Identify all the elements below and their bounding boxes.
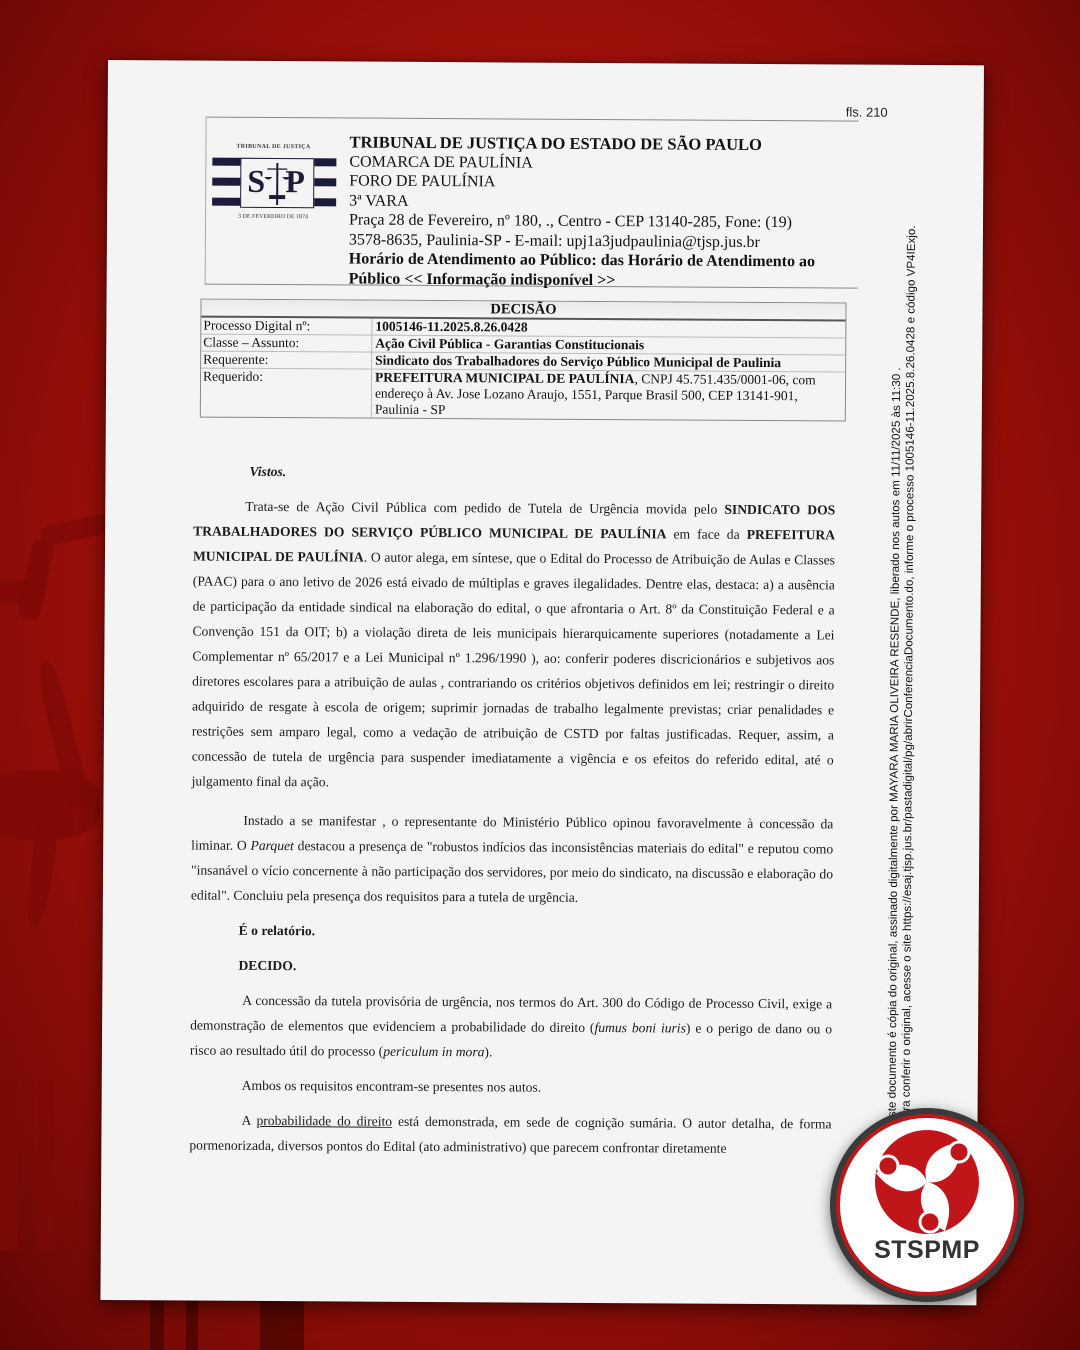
table-row: Requerido: PREFEITURA MUNICIPAL DE PAULÍ… [201, 369, 845, 421]
background-bars [150, 1296, 320, 1350]
address-line: Praça 28 de Fevereiro, nº 180, ., Centro… [349, 210, 859, 233]
plaintiff: Sindicato dos Trabalhadores do Serviço P… [372, 353, 845, 372]
foro: FORO DE PAULÍNIA [349, 171, 859, 194]
office-hours-line-2: Público << Informação indisponível >> [349, 269, 859, 292]
paragraph-ministerio-publico: Instado a se manifestar , o representant… [191, 808, 834, 912]
relatorio-heading: É o relatório. [191, 918, 833, 947]
folio-number: fls. 210 [846, 105, 888, 120]
digital-signature-stamp: Este documento é cópia do original, assi… [886, 265, 919, 1125]
stspmp-badge: STSPMP [830, 1108, 1024, 1302]
paragraph-probabilidade: A probabilidade do direito está demonstr… [189, 1108, 831, 1162]
court-header: TRIBUNAL DE JUSTIÇA S P 3 DE FEVEREIRO D… [205, 117, 859, 289]
row-label: Classe – Assunto: [201, 335, 372, 352]
paragraph-summary: Trata-se de Ação Civil Pública com pedid… [192, 494, 836, 798]
office-hours-line-1: Horário de Atendimento ao Público: das H… [349, 249, 859, 272]
tjsp-logo: TRIBUNAL DE JUSTIÇA S P 3 DE FEVEREIRO D… [206, 118, 341, 285]
court-header-text: TRIBUNAL DE JUSTIÇA DO ESTADO DE SÃO PAU… [349, 132, 860, 291]
badge-name: STSPMP [830, 1236, 1024, 1265]
case-info-table: DECISÃO Processo Digital nº: 1005146-11.… [200, 299, 847, 422]
vistos: Vistos. [193, 459, 835, 488]
scales-of-justice-icon [241, 159, 313, 207]
logo-date-text: 3 DE FEVEREIRO DE 1874 [206, 214, 340, 221]
paragraph-tutela: A concessão da tutela provisória de urgê… [190, 988, 832, 1067]
row-label: Requerente: [201, 352, 372, 369]
background-silhouette [0, 520, 110, 1240]
decision-body: Vistos. Trata-se de Ação Civil Pública c… [189, 459, 835, 1172]
union-people-logo-icon [864, 1126, 990, 1238]
row-label: Requerido: [201, 369, 372, 418]
court-decision-page: fls. 210 TRIBUNAL DE JUSTIÇA S P [100, 60, 984, 1305]
row-label: Processo Digital nº: [201, 318, 372, 335]
court-name: TRIBUNAL DE JUSTIÇA DO ESTADO DE SÃO PAU… [349, 132, 859, 155]
paragraph-requisitos: Ambos os requisitos encontram-se present… [190, 1073, 832, 1102]
process-number: 1005146-11.2025.8.26.0428 [372, 319, 845, 338]
case-class: Ação Civil Pública - Garantias Constituc… [372, 336, 845, 355]
sp-flag-emblem-icon: S P [212, 156, 336, 209]
logo-top-text: TRIBUNAL DE JUSTIÇA [206, 144, 340, 151]
defendant: PREFEITURA MUNICIPAL DE PAULÍNIA, CNPJ 4… [372, 370, 845, 421]
decido-heading: DECIDO. [190, 953, 832, 982]
